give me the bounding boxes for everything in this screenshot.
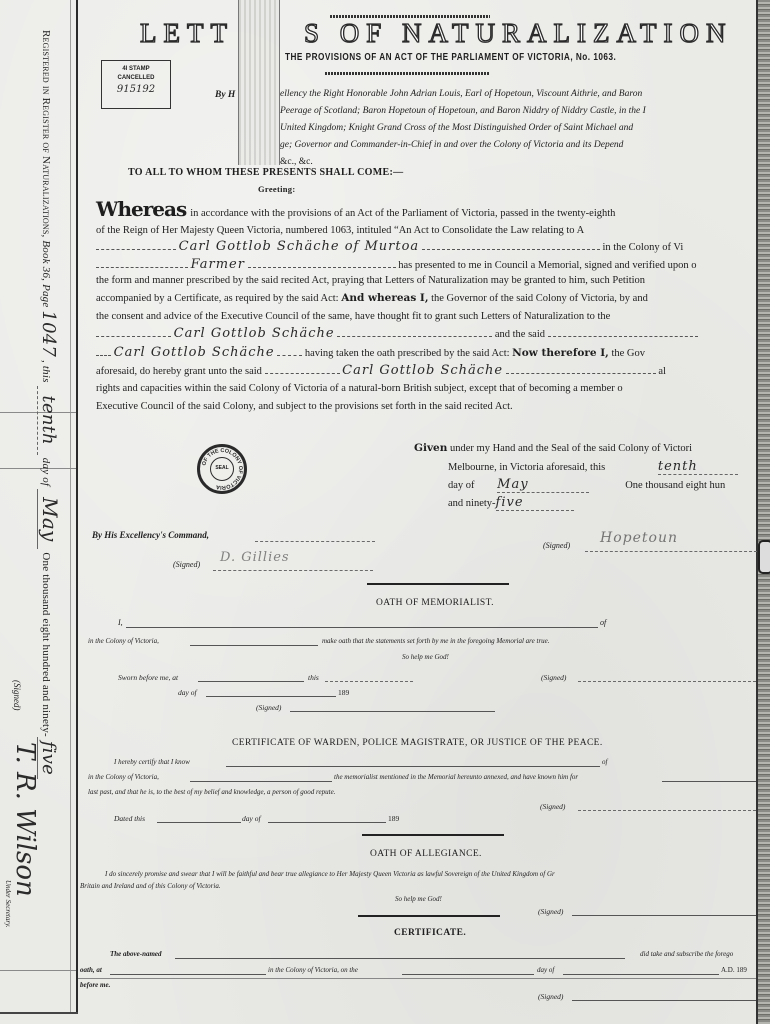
oath-m-sworn: Sworn before me, at bbox=[118, 673, 178, 682]
governor-line-1: ellency the Right Honorable John Adrian … bbox=[280, 86, 642, 103]
allegiance-so-help: So help me God! bbox=[395, 895, 442, 903]
allegiance-line-2: Britain and Ireland and of this Colony o… bbox=[80, 882, 221, 890]
warden-dated-blank[interactable] bbox=[157, 822, 241, 823]
binder-clip bbox=[758, 540, 770, 574]
cert-above-named: The above-named bbox=[110, 950, 162, 958]
cert-month-blank[interactable] bbox=[563, 974, 719, 975]
warden-repute: last past, and that he is, to the best o… bbox=[88, 788, 335, 796]
oath-m-signed-label: (Signed) bbox=[541, 673, 566, 682]
oath-m-signed2-label: (Signed) bbox=[256, 703, 281, 712]
body-line-2: of the Reign of Her Majesty Queen Victor… bbox=[96, 222, 584, 239]
cert-day-of: day of bbox=[537, 966, 554, 974]
oath-m-signed2-blank[interactable] bbox=[290, 711, 495, 712]
allegiance-heading: OATH OF ALLEGIANCE. bbox=[370, 849, 482, 859]
oath-m-i: I, bbox=[118, 618, 123, 627]
warden-of: of bbox=[602, 758, 607, 766]
handwritten-name-residence[interactable]: Carl Gottlob Schäche of Murtoa bbox=[179, 239, 420, 254]
oath-m-sworn-blank[interactable] bbox=[198, 681, 304, 682]
presented-text: has presented to me in Council a Memoria… bbox=[398, 260, 696, 271]
margin-this: , this bbox=[40, 360, 52, 383]
handwritten-grantee-2[interactable]: Carl Gottlob Schäche bbox=[114, 345, 275, 360]
section-divider bbox=[358, 915, 500, 917]
signature-governor[interactable]: Hopetoun bbox=[600, 530, 678, 546]
margin-signature: T. R. Wilson bbox=[10, 742, 40, 897]
warden-duration-blank[interactable] bbox=[662, 781, 756, 782]
warden-memorialist: the memorialist mentioned in the Memoria… bbox=[334, 773, 578, 781]
page-right-border bbox=[756, 0, 758, 1024]
cert-ad-year: A.D. 189 bbox=[721, 966, 747, 974]
given-line-2-text: Melbourne, in Victoria aforesaid, this bbox=[448, 462, 605, 473]
handwritten-given-month[interactable]: May bbox=[497, 477, 588, 493]
body-line-6a: accompanied by a Certificate, as require… bbox=[96, 293, 339, 304]
body-line-7: the consent and advice of the Executive … bbox=[96, 308, 610, 325]
document-subtitle: THE PROVISIONS OF AN ACT OF THE PARLIAME… bbox=[285, 52, 616, 63]
blank-line bbox=[548, 336, 698, 337]
cert-signed-label: (Signed) bbox=[538, 992, 563, 1001]
handwritten-occupation[interactable]: Farmer bbox=[191, 257, 245, 272]
margin-registered: Registered in Register of bbox=[40, 30, 52, 153]
warden-cert-heading: CERTIFICATE OF WARDEN, POLICE MAGISTRATE… bbox=[232, 738, 603, 748]
blank-line bbox=[96, 267, 188, 268]
command-label: By His Excellency's Command, bbox=[92, 530, 209, 540]
margin-rule bbox=[76, 0, 78, 1012]
body-line-9: Carl Gottlob Schäche having taken the oa… bbox=[96, 344, 645, 362]
oath-m-this: this bbox=[308, 673, 319, 682]
signature-line bbox=[585, 551, 757, 552]
margin-under-secretary: Under Secretary. bbox=[4, 880, 12, 928]
cert-did-take: did take and subscribe the forego bbox=[640, 950, 733, 958]
title-ornament-bottom bbox=[325, 72, 490, 75]
cert-name-blank[interactable] bbox=[175, 958, 625, 959]
signature-secretary[interactable]: D. Gillies bbox=[220, 550, 290, 565]
handwritten-grantee-1[interactable]: Carl Gottlob Schäche bbox=[174, 326, 335, 341]
handwritten-given-year[interactable]: five bbox=[496, 495, 574, 511]
given-word: Given bbox=[414, 442, 447, 454]
stamp-line-1: 4l STAMP bbox=[122, 66, 149, 72]
document-title: LETTS OF NATURALIZATION bbox=[140, 18, 732, 49]
given-day-of: day of bbox=[448, 480, 475, 491]
oath-m-name-blank[interactable] bbox=[126, 627, 598, 628]
body-line-12: Executive Council of the said Colony, an… bbox=[96, 398, 513, 415]
aforesaid-text: aforesaid, do hereby grant unto the said bbox=[96, 366, 262, 377]
allegiance-signed-blank[interactable] bbox=[572, 915, 756, 916]
oath-m-year: 189 bbox=[338, 688, 349, 697]
given-line-1: Given under my Hand and the Seal of the … bbox=[414, 440, 692, 457]
body-line-1: Whereas in accordance with the provision… bbox=[96, 197, 615, 222]
warden-signed-label: (Signed) bbox=[540, 802, 565, 811]
margin-book-label: Book bbox=[40, 240, 52, 263]
blank-line bbox=[96, 336, 171, 337]
allegiance-signed-label: (Signed) bbox=[538, 907, 563, 916]
warden-dated: Dated this bbox=[114, 814, 145, 823]
margin-register-note: Registered in Register of Naturalization… bbox=[38, 30, 62, 779]
cert-colony-on-the: in the Colony of Victoria, on the bbox=[268, 966, 358, 974]
blank-line bbox=[422, 249, 600, 250]
signed-right-label: (Signed) bbox=[543, 541, 570, 550]
governor-by: By H bbox=[215, 87, 235, 104]
allegiance-line-1: I do sincerely promise and swear that I … bbox=[105, 870, 555, 878]
margin-book-number: 36, bbox=[40, 267, 52, 281]
oath-taken-text: having taken the oath prescribed by the … bbox=[305, 348, 510, 359]
and-the-said: and the said bbox=[495, 329, 545, 340]
section-divider bbox=[362, 834, 504, 836]
oath-memorialist-heading: OATH OF MEMORIALIST. bbox=[376, 598, 494, 608]
page-right-edge bbox=[757, 0, 770, 1024]
title-left: LETT bbox=[140, 18, 234, 48]
given-line-3: day of May One thousand eight hun bbox=[448, 476, 725, 494]
margin-page-label: Page bbox=[40, 284, 52, 307]
cert-day-blank[interactable] bbox=[402, 974, 534, 975]
stamp-cancelled-box: 4l STAMP CANCELLED 915192 bbox=[101, 60, 171, 109]
now-therefore: Now therefore I, bbox=[512, 347, 609, 359]
body-line-5: the form and manner prescribed by the sa… bbox=[96, 272, 645, 289]
margin-day-of: day of bbox=[40, 458, 52, 486]
cert-signed-blank[interactable] bbox=[572, 1000, 756, 1001]
whereas-heading: Whereas bbox=[96, 197, 186, 221]
oath-m-so-help: So help me God! bbox=[402, 653, 449, 661]
certificate-heading: CERTIFICATE. bbox=[394, 928, 466, 938]
cert-rule bbox=[78, 978, 756, 979]
colony-seal: OF THE COLONY OF VICTORIA SEAL bbox=[197, 444, 247, 494]
oath-m-of: of bbox=[600, 618, 606, 627]
greeting: Greeting: bbox=[258, 184, 295, 194]
salutation: TO ALL TO WHOM THESE PRESENTS SHALL COME… bbox=[128, 167, 403, 178]
given-line-3-text: One thousand eight hun bbox=[625, 480, 725, 491]
blank-line bbox=[96, 355, 111, 356]
blank-line bbox=[506, 373, 656, 374]
blank-line bbox=[248, 267, 396, 268]
body-line-10: aforesaid, do hereby grant unto the said… bbox=[96, 362, 666, 380]
cert-place-blank[interactable] bbox=[110, 974, 266, 975]
blank-line bbox=[265, 373, 340, 374]
oath-m-this-blank[interactable] bbox=[325, 681, 413, 682]
warden-place-blank[interactable] bbox=[190, 781, 332, 782]
body-line-1-text: in accordance with the provisions of an … bbox=[190, 208, 615, 219]
margin-rule-inner bbox=[70, 0, 71, 1012]
governor-line-2: Peerage of Scotland; Baron Hopetoun of H… bbox=[280, 103, 646, 120]
given-and-ninety: and ninety- bbox=[448, 498, 496, 509]
stamp-number: 915192 bbox=[102, 85, 170, 94]
body-line-3: Carl Gottlob Schäche of Murtoa in the Co… bbox=[96, 238, 683, 256]
margin-naturalizations: Naturalizations, bbox=[40, 156, 52, 237]
warden-name-blank[interactable] bbox=[226, 766, 600, 767]
warden-year: 189 bbox=[388, 814, 399, 823]
warden-day-blank[interactable] bbox=[268, 822, 386, 823]
and-whereas: And whereas I, bbox=[341, 292, 428, 304]
handwritten-grantee-3[interactable]: Carl Gottlob Schäche bbox=[342, 363, 503, 378]
margin-day-handwritten: tenth bbox=[37, 386, 59, 455]
title-right: S OF NATURALIZATION bbox=[304, 18, 733, 48]
command-blank bbox=[255, 541, 375, 542]
signature-line bbox=[213, 570, 373, 571]
in-colony-text: in the Colony of Vi bbox=[602, 242, 683, 253]
governor-line-4: ge; Governor and Commander-in-Chief in a… bbox=[280, 137, 623, 154]
warden-colony: in the Colony of Victoria, bbox=[88, 773, 159, 781]
seal-center-text: SEAL bbox=[210, 457, 234, 481]
oath-m-day-blank[interactable] bbox=[206, 696, 336, 697]
body-line-8: Carl Gottlob Schäche and the said bbox=[96, 325, 698, 343]
margin-signed-label: (Signed) bbox=[12, 680, 22, 711]
blank-line bbox=[96, 249, 176, 250]
cert-oath-at: oath, at bbox=[80, 966, 102, 974]
warden-day-of: day of bbox=[242, 814, 261, 823]
margin-month-handwritten: May bbox=[37, 489, 62, 549]
given-line-1-text: under my Hand and the Seal of the said C… bbox=[450, 443, 692, 454]
margin-divider bbox=[0, 970, 76, 971]
oath-m-colony: in the Colony of Victoria, bbox=[88, 637, 159, 645]
al-text: al bbox=[658, 366, 666, 377]
warden-signed-blank[interactable] bbox=[578, 810, 756, 811]
oath-m-day-of: day of bbox=[178, 688, 197, 697]
handwritten-given-day[interactable]: tenth bbox=[658, 459, 738, 475]
body-line-11: rights and capacities within the said Co… bbox=[96, 380, 623, 397]
section-divider bbox=[367, 583, 509, 585]
margin-year-handwritten: five bbox=[37, 737, 59, 779]
blank-line bbox=[337, 336, 492, 337]
margin-bottom-rule bbox=[0, 1012, 78, 1014]
stamp-line-2: CANCELLED bbox=[118, 75, 155, 81]
body-line-6: accompanied by a Certificate, as require… bbox=[96, 290, 648, 307]
oath-m-place-blank[interactable] bbox=[190, 645, 318, 646]
oath-m-statement: make oath that the statements set forth … bbox=[322, 637, 550, 645]
given-line-2: Melbourne, in Victoria aforesaid, this t… bbox=[448, 458, 738, 476]
oath-m-signed-blank[interactable] bbox=[578, 681, 756, 682]
governor-line-3: United Kingdom; Knight Grand Cross of th… bbox=[280, 120, 633, 137]
signed-left-label: (Signed) bbox=[173, 560, 200, 569]
blank-line bbox=[277, 355, 302, 356]
body-line-6b: the Governor of the said Colony of Victo… bbox=[431, 293, 648, 304]
the-gov: the Gov bbox=[611, 348, 645, 359]
paper-fold-strip bbox=[238, 0, 280, 165]
given-line-4: and ninety-five bbox=[448, 494, 574, 512]
cert-before-me: before me. bbox=[80, 981, 110, 989]
margin-year-text: One thousand eight hundred and ninety- bbox=[40, 552, 52, 736]
warden-certify: I hereby certify that I know bbox=[114, 758, 190, 766]
margin-page-handwritten: 1047 bbox=[38, 310, 59, 357]
naturalization-certificate-page: Registered in Register of Naturalization… bbox=[0, 0, 770, 1024]
